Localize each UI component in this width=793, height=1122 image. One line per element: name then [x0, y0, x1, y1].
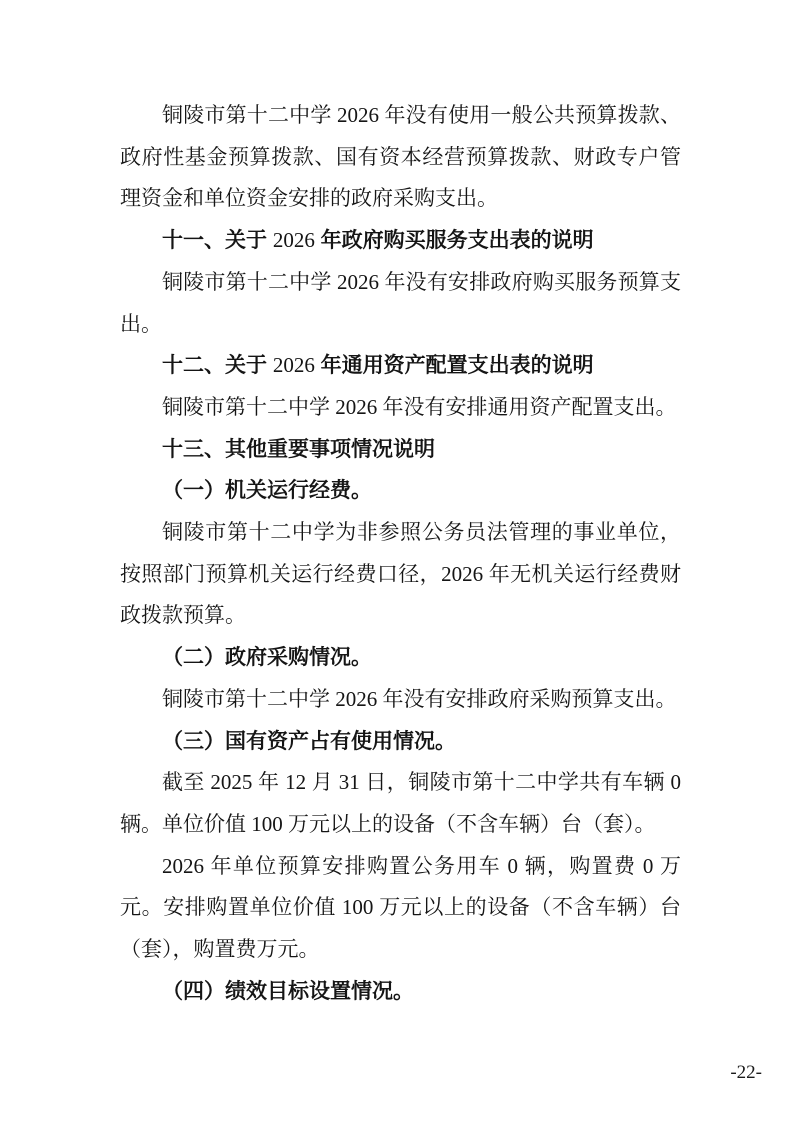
- paragraph: 铜陵市第十二中学 2026 年没有安排政府采购预算支出。: [120, 679, 681, 721]
- paragraph: 铜陵市第十二中学 2026 年没有安排政府购买服务预算支出。: [120, 262, 681, 345]
- section-heading: 十一、关于 2026 年政府购买服务支出表的说明: [120, 220, 681, 262]
- document-page: 铜陵市第十二中学 2026 年没有使用一般公共预算拨款、政府性基金预算拨款、国有…: [0, 0, 793, 1122]
- sub-heading: （一）机关运行经费。: [120, 470, 681, 512]
- section-heading: 十三、其他重要事项情况说明: [120, 429, 681, 471]
- sub-heading: （二）政府采购情况。: [120, 637, 681, 679]
- paragraph: 铜陵市第十二中学 2026 年没有使用一般公共预算拨款、政府性基金预算拨款、国有…: [120, 95, 681, 220]
- paragraph: 2026 年单位预算安排购置公务用车 0 辆，购置费 0 万元。安排购置单位价值…: [120, 846, 681, 971]
- paragraph: 截至 2025 年 12 月 31 日，铜陵市第十二中学共有车辆 0 辆。单位价…: [120, 762, 681, 845]
- document-body: 铜陵市第十二中学 2026 年没有使用一般公共预算拨款、政府性基金预算拨款、国有…: [120, 95, 681, 1012]
- section-heading: 十二、关于 2026 年通用资产配置支出表的说明: [120, 345, 681, 387]
- paragraph: 铜陵市第十二中学为非参照公务员法管理的事业单位，按照部门预算机关运行经费口径，2…: [120, 512, 681, 637]
- paragraph: 铜陵市第十二中学 2026 年没有安排通用资产配置支出。: [120, 387, 681, 429]
- sub-heading: （四）绩效目标设置情况。: [120, 971, 681, 1013]
- sub-heading: （三）国有资产占有使用情况。: [120, 721, 681, 763]
- page-number: -22-: [730, 1062, 762, 1084]
